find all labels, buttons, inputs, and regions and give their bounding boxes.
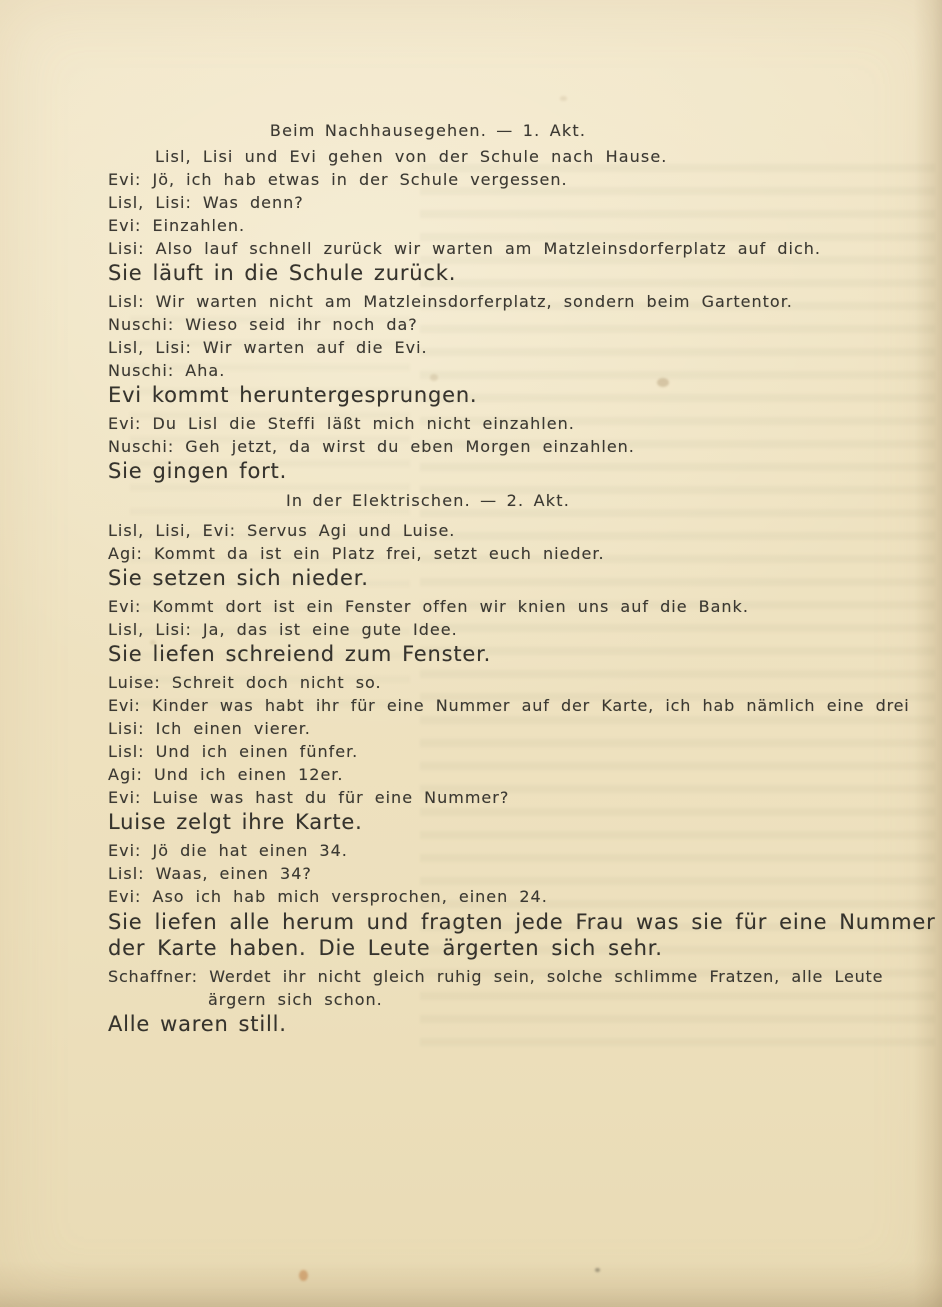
dialogue-line: Evi: Jö die hat einen 34.	[108, 839, 880, 862]
dialogue-line: Evi: Jö, ich hab etwas in der Schule ver…	[108, 168, 880, 191]
paper-stain	[595, 1268, 600, 1272]
stage-direction: Sie gingen fort.	[108, 459, 880, 483]
dialogue-line: Evi: Luise was hast du für eine Nummer?	[108, 786, 880, 809]
dialogue-line: Lisl: Waas, einen 34?	[108, 862, 880, 885]
dialogue-line: Lisl, Lisi, Evi: Servus Agi und Luise.	[108, 519, 880, 542]
stage-direction: Alle waren still.	[108, 1012, 880, 1036]
dialogue-line: Lisl, Lisi: Was denn?	[108, 191, 880, 214]
stage-direction: Evi kommt heruntergesprungen.	[108, 383, 880, 407]
dialogue-line: Evi: Du Lisl die Steffi läßt mich nicht …	[108, 412, 880, 435]
dialogue-line: Lisl, Lisi: Wir warten auf die Evi.	[108, 336, 880, 359]
stage-direction: der Karte haben. Die Leute ärgerten sich…	[108, 935, 880, 961]
stage-direction: Sie liefen schreiend zum Fenster.	[108, 642, 880, 666]
stage-direction: Sie setzen sich nieder.	[108, 566, 880, 590]
stage-direction: Luise zelgt ihre Karte.	[108, 810, 880, 834]
dialogue-line: Evi: Kinder was habt ihr für eine Nummer…	[108, 694, 880, 717]
act-heading: Beim Nachhausegehen. — 1. Akt.	[108, 119, 748, 142]
dialogue-line: Nuschi: Aha.	[108, 359, 880, 382]
act-heading: In der Elektrischen. — 2. Akt.	[108, 489, 748, 512]
dialogue-line: Lisi: Ich einen vierer.	[108, 717, 880, 740]
dialogue-line: ärgern sich schon.	[208, 988, 880, 1011]
dialogue-line: Lisi: Also lauf schnell zurück wir warte…	[108, 237, 880, 260]
stage-direction: Sie läuft in die Schule zurück.	[108, 261, 880, 285]
paper-stain	[560, 96, 567, 101]
dialogue-line: Schaffner: Werdet ihr nicht gleich ruhig…	[108, 965, 880, 988]
dialogue-line: Lisl: Und ich einen fünfer.	[108, 740, 880, 763]
dialogue-line: Nuschi: Wieso seid ihr noch da?	[108, 313, 880, 336]
paper-stain	[299, 1270, 308, 1281]
scanned-page: Beim Nachhausegehen. — 1. Akt.Lisl, Lisi…	[0, 0, 942, 1307]
dialogue-line: Nuschi: Geh jetzt, da wirst du eben Morg…	[108, 435, 880, 458]
dialogue-line: Luise: Schreit doch nicht so.	[108, 671, 880, 694]
dialogue-line: Agi: Und ich einen 12er.	[108, 763, 880, 786]
dialogue-line: Lisl, Lisi: Ja, das ist eine gute Idee.	[108, 618, 880, 641]
scene-intro-line: Lisl, Lisi und Evi gehen von der Schule …	[155, 145, 880, 168]
dialogue-line: Agi: Kommt da ist ein Platz frei, setzt …	[108, 542, 880, 565]
dialogue-line: Lisl: Wir warten nicht am Matzleinsdorfe…	[108, 290, 880, 313]
script-text-block: Beim Nachhausegehen. — 1. Akt.Lisl, Lisi…	[108, 119, 880, 1041]
stage-direction: Sie liefen alle herum und fragten jede F…	[108, 909, 880, 935]
dialogue-line: Evi: Kommt dort ist ein Fenster offen wi…	[108, 595, 880, 618]
dialogue-line: Evi: Einzahlen.	[108, 214, 880, 237]
dialogue-line: Evi: Aso ich hab mich versprochen, einen…	[108, 885, 880, 908]
